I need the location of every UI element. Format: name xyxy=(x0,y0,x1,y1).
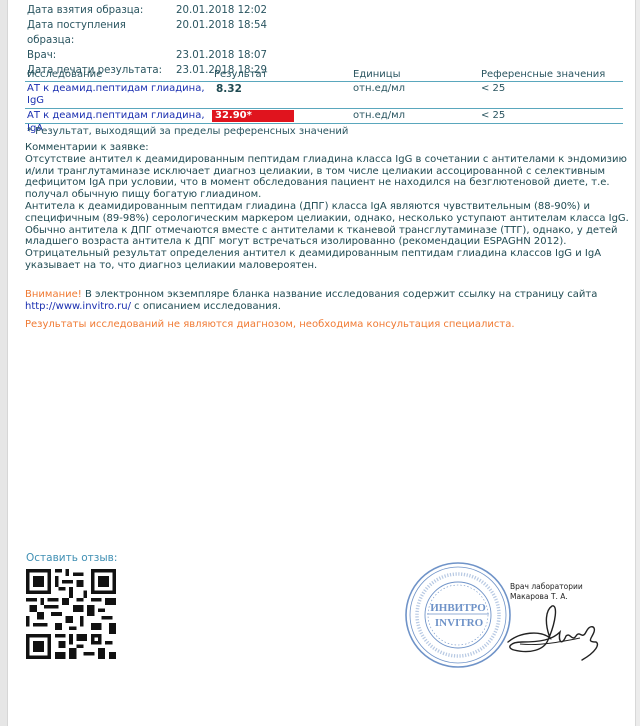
stamp-text-ru: ИНВИТРО xyxy=(430,602,486,614)
header-reference: Референсные значения xyxy=(481,68,623,81)
feedback-label[interactable]: Оставить отзыв: xyxy=(26,552,117,564)
meta-row-sample-date: Дата взятия образца: 20.01.2018 12:02 xyxy=(27,3,267,18)
doctor-signature-block: Врач лаборатории Макарова Т. А. xyxy=(510,582,583,602)
comments-title: Комментарии к заявке: xyxy=(25,142,630,154)
results-table: Исследование Результат Единицы Референсн… xyxy=(25,68,623,124)
notice-after-link: с описанием исследования. xyxy=(131,301,281,312)
meta-row-received-date: Дата поступления образца: 20.01.2018 18:… xyxy=(27,18,267,48)
result-reference: < 25 xyxy=(481,109,623,123)
meta-value: 20.01.2018 12:02 xyxy=(176,3,267,18)
doctor-title: Врач лаборатории xyxy=(510,582,583,592)
meta-value: 20.01.2018 18:54 xyxy=(176,18,267,48)
meta-label: Дата поступления образца: xyxy=(27,18,176,48)
invitro-link[interactable]: http://www.invitro.ru/ xyxy=(25,301,131,312)
attention-label: Внимание! xyxy=(25,289,82,300)
disclaimer: Результаты исследований не являются диаг… xyxy=(25,319,515,330)
header-test: Исследование xyxy=(25,68,214,81)
result-units: отн.ед/мл xyxy=(353,109,481,123)
result-value: 32.90* xyxy=(214,109,353,123)
lab-stamp-icon: ИНВИТРО INVITRO xyxy=(403,560,513,670)
result-units: отн.ед/мл xyxy=(353,83,481,108)
comments-section: Комментарии к заявке: Отсутствие антител… xyxy=(25,142,630,272)
result-flagged: 32.90* xyxy=(212,110,294,122)
table-row: АТ к деамид.пептидам глиадина, IgG 8.32 … xyxy=(25,82,623,109)
stamp-text-en: INVITRO xyxy=(435,617,484,629)
qr-code-icon[interactable] xyxy=(26,569,116,659)
comment-paragraph: Обычно антитела к ДПГ отмечаются вместе … xyxy=(25,225,630,249)
meta-value: 23.01.2018 18:07 xyxy=(176,48,267,63)
meta-label: Врач: xyxy=(27,48,176,63)
meta-label: Дата взятия образца: xyxy=(27,3,176,18)
results-table-header: Исследование Результат Единицы Референсн… xyxy=(25,68,623,82)
comment-paragraph: Отсутствие антител к деамидированным пеп… xyxy=(25,154,630,201)
notice: Внимание! В электронном экземпляре бланк… xyxy=(25,289,630,313)
table-row: АТ к деамид.пептидам глиадина, IgA 32.90… xyxy=(25,109,623,124)
header-units: Единицы xyxy=(353,68,481,81)
out-of-range-footnote: * Результат, выходящий за пределы рефере… xyxy=(27,126,348,137)
result-value: 8.32 xyxy=(214,83,353,108)
doctor-name: Макарова Т. А. xyxy=(510,592,583,602)
result-reference: < 25 xyxy=(481,83,623,108)
signature-icon xyxy=(500,602,610,664)
test-name-link[interactable]: АТ к деамид.пептидам глиадина, IgG xyxy=(25,83,214,108)
comment-paragraph: Отрицательный результат определения анти… xyxy=(25,248,630,272)
comment-paragraph: Антитела к деамидированным пептидам глиа… xyxy=(25,201,630,225)
meta-row-doctor: Врач: 23.01.2018 18:07 xyxy=(27,48,267,63)
header-result: Результат xyxy=(214,68,353,81)
notice-text: В электронном экземпляре бланка название… xyxy=(82,289,598,300)
scrollbar-track[interactable] xyxy=(635,0,640,726)
page-left-edge xyxy=(0,0,8,726)
sample-metadata: Дата взятия образца: 20.01.2018 12:02 Да… xyxy=(27,3,267,78)
result-normal: 8.32 xyxy=(214,83,242,95)
test-name-link[interactable]: АТ к деамид.пептидам глиадина, IgA xyxy=(25,109,214,123)
